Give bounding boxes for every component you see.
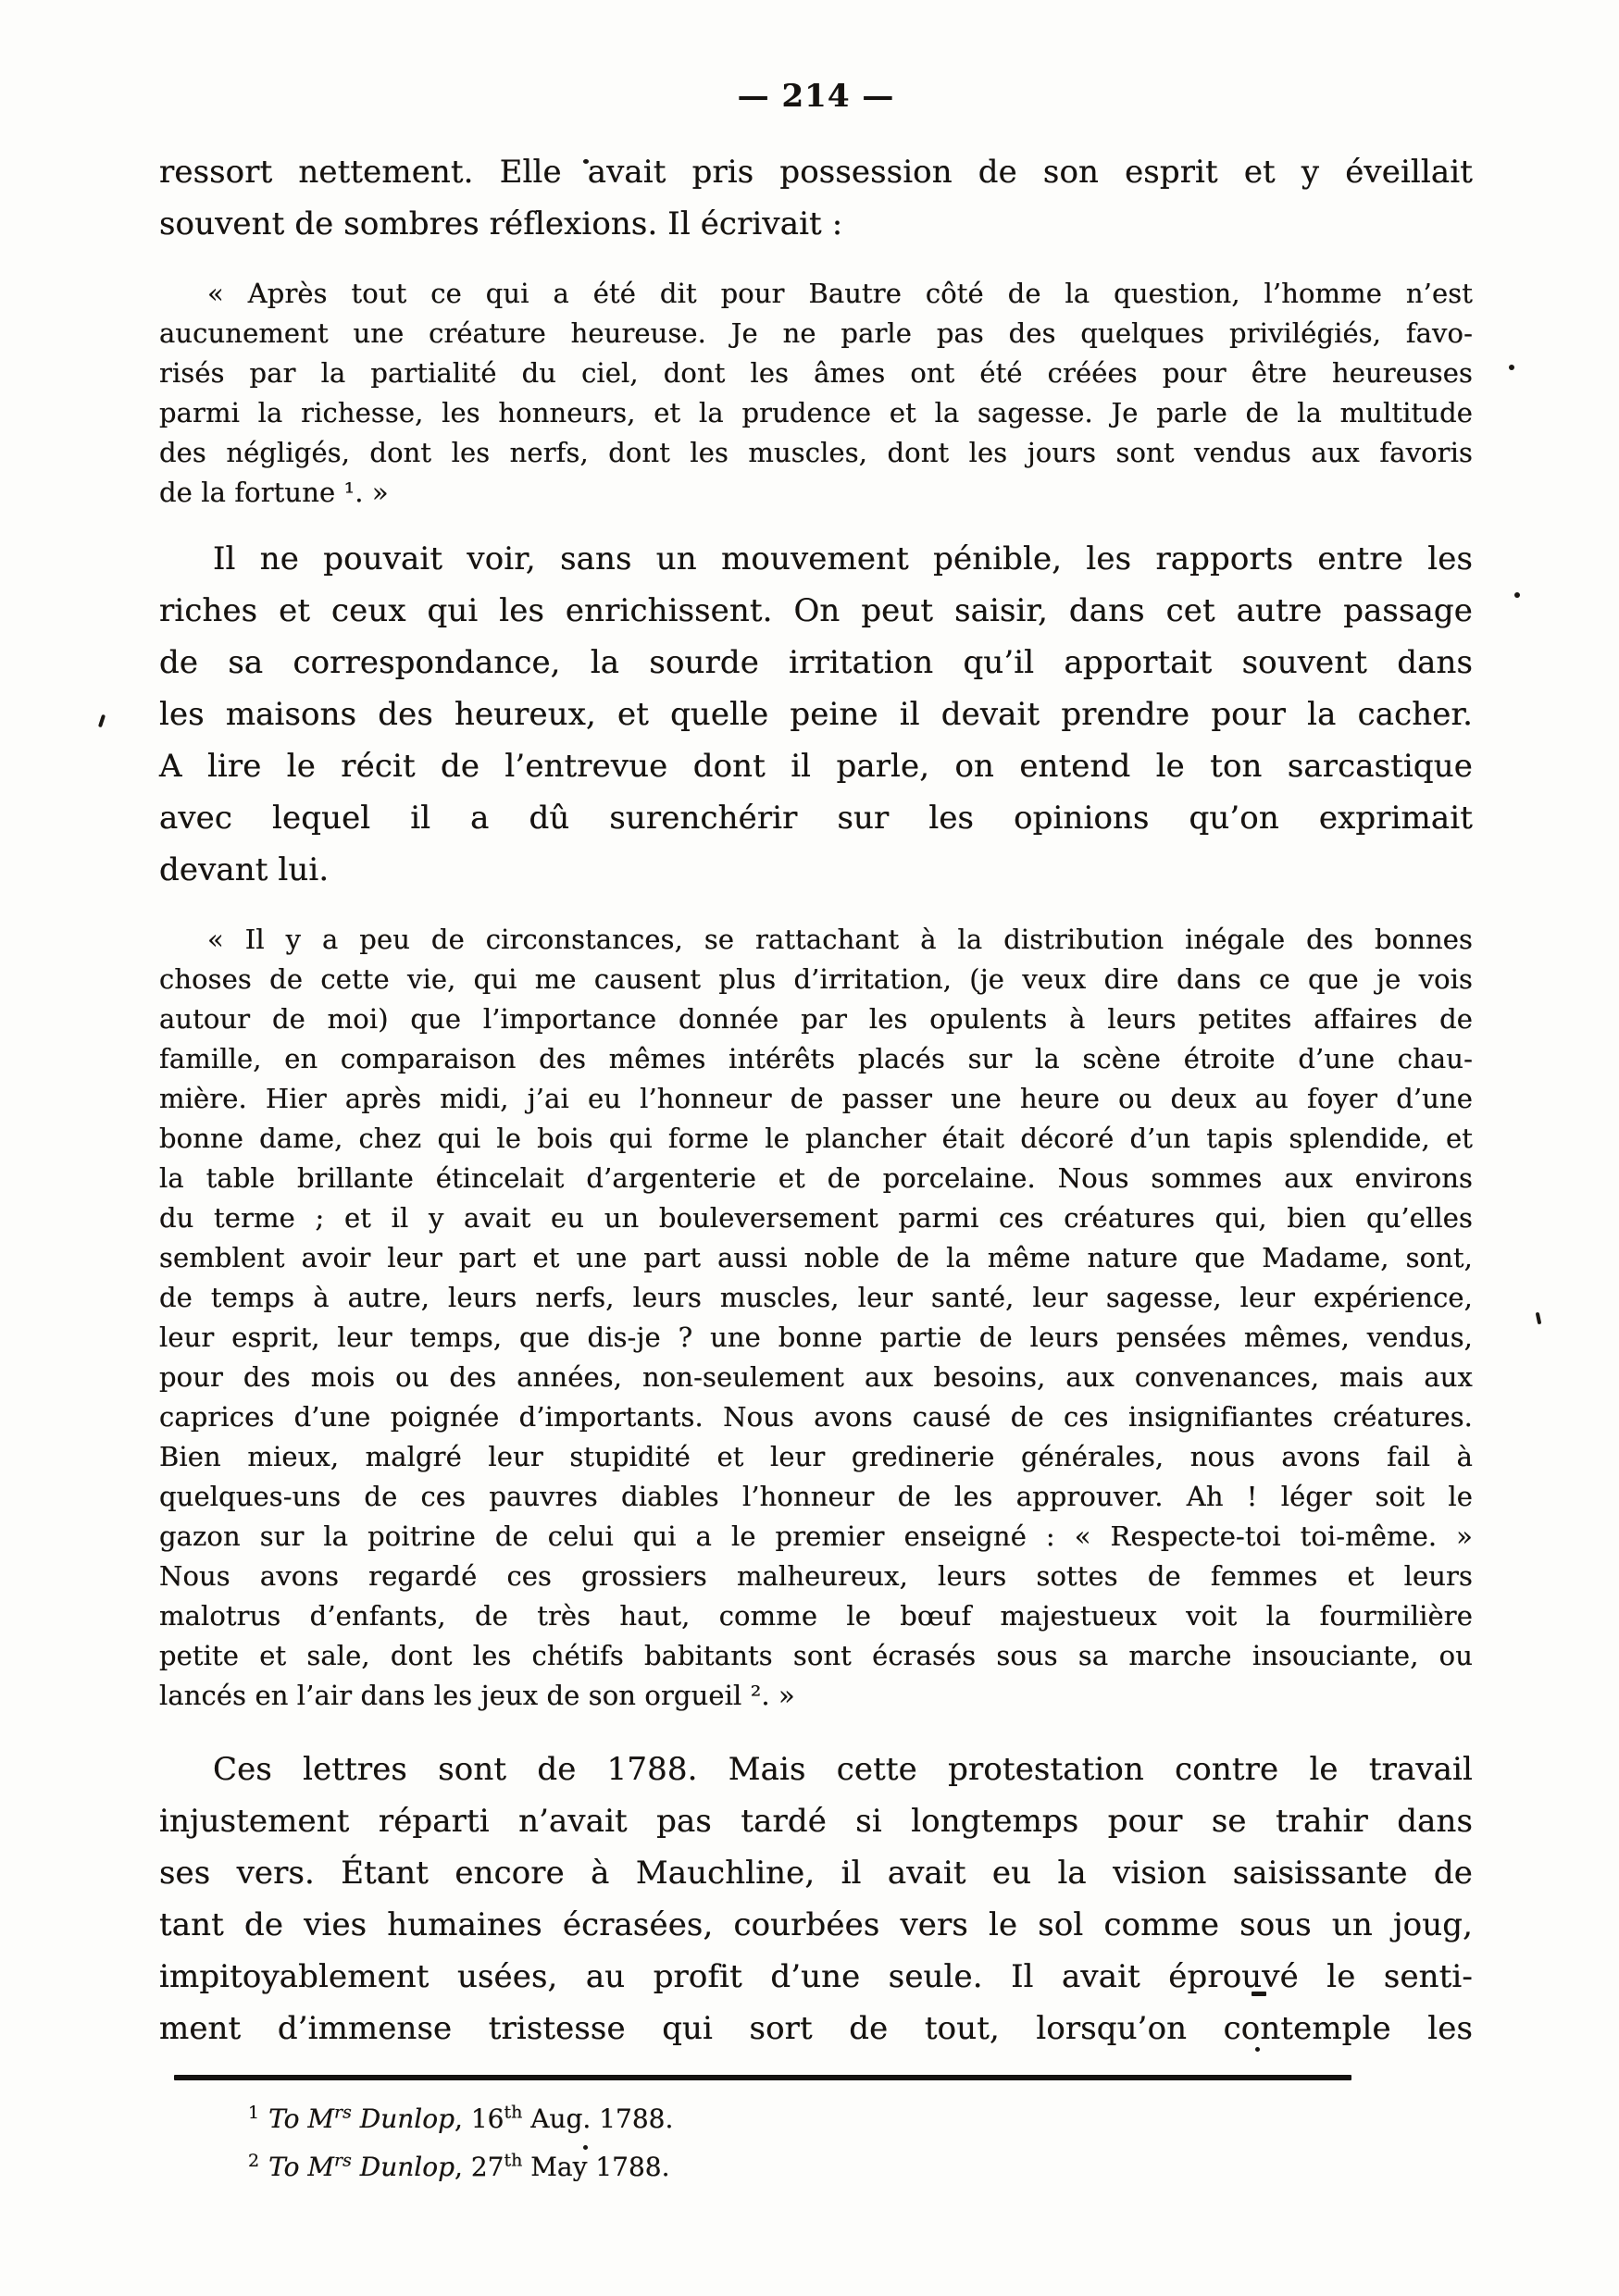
text-line: riches et ceux qui les enrichissent. On … xyxy=(159,585,1473,637)
text-line: caprices d’une poignée d’importants. Nou… xyxy=(159,1397,1473,1437)
text-line: pour des mois ou des années, non-seuleme… xyxy=(159,1358,1473,1397)
text-line: ment d’immense tristesse qui sort de tou… xyxy=(159,2003,1473,2054)
block-quote-first-letter: « Après tout ce qui a été dit pour Bautr… xyxy=(159,274,1473,513)
text-line: tant de vies humaines écrasées, courbées… xyxy=(159,1899,1473,1951)
text-line: leur esprit, leur temps, que dis-je ? un… xyxy=(159,1318,1473,1358)
text-line: parmi la richesse, les honneurs, et la p… xyxy=(159,393,1473,433)
scan-speck xyxy=(583,2145,588,2150)
text-line: ressort nettement. Elle avait pris posse… xyxy=(159,146,1473,198)
scan-speck xyxy=(98,714,106,728)
footnote-source: To M xyxy=(268,2152,334,2182)
text-line: les maisons des heureux, et quelle peine… xyxy=(159,689,1473,740)
text-line: gazon sur la poitrine de celui qui a le … xyxy=(159,1517,1473,1557)
text-line: autour de moi) que l’importance donnée p… xyxy=(159,999,1473,1039)
text-line: impitoyablement usées, au profit d’une s… xyxy=(159,1951,1473,2003)
text-line: petite et sale, dont les chétifs babitan… xyxy=(159,1636,1473,1676)
footnote-2: 2To Mrs Dunlop, 27th May 1788. xyxy=(248,2143,1473,2191)
text-line: semblent avoir leur part et une part aus… xyxy=(159,1238,1473,1278)
text-line: lancés en l’air dans les jeux de son org… xyxy=(159,1676,1473,1716)
text-line: « Après tout ce qui a été dit pour Bautr… xyxy=(159,274,1473,314)
text-line: la table brillante étincelait d’argenter… xyxy=(159,1159,1473,1198)
text-line: mière. Hier après midi, j’ai eu l’honneu… xyxy=(159,1079,1473,1119)
scan-speck xyxy=(583,159,589,164)
text-line: injustement réparti n’avait pas tardé si… xyxy=(159,1795,1473,1847)
text-line: Ces lettres sont de 1788. Mais cette pro… xyxy=(159,1744,1473,1795)
footnote-separator-rule xyxy=(174,2075,1351,2080)
text-line: quelques-uns de ces pauvres diables l’ho… xyxy=(159,1477,1473,1517)
scan-speck xyxy=(1536,1312,1542,1325)
scanned-book-page: — 214 — ressort nettement. Elle avait pr… xyxy=(0,0,1619,2296)
footnotes-section: 1To Mrs Dunlop, 16th Aug. 1788. 2To Mrs … xyxy=(159,2095,1473,2191)
text-line: de temps à autre, leurs nerfs, leurs mus… xyxy=(159,1278,1473,1318)
text-line: Il ne pouvait voir, sans un mouvement pé… xyxy=(159,533,1473,585)
footnote-marker: 2 xyxy=(248,2151,259,2171)
paragraph-conclusion: Ces lettres sont de 1788. Mais cette pro… xyxy=(159,1744,1473,2054)
text-line: souvent de sombres réflexions. Il écriva… xyxy=(159,198,1473,250)
text-line: Bien mieux, malgré leur stupidité et leu… xyxy=(159,1437,1473,1477)
text-line: malotrus d’enfants, de très haut, comme … xyxy=(159,1596,1473,1636)
text-line: de sa correspondance, la sourde irritati… xyxy=(159,637,1473,689)
text-line: avec lequel il a dû surenchérir sur les … xyxy=(159,792,1473,844)
text-line: Nous avons regardé ces grossiers malheur… xyxy=(159,1557,1473,1596)
scan-speck xyxy=(1514,592,1520,598)
footnote-date: , 16 xyxy=(455,2104,504,2134)
paragraph-intro: ressort nettement. Elle avait pris posse… xyxy=(159,146,1473,250)
scan-speck xyxy=(1255,2047,1260,2052)
block-quote-second-letter: « Il y a peu de circonstances, se rattac… xyxy=(159,920,1473,1716)
text-line: ses vers. Étant encore à Mauchline, il a… xyxy=(159,1847,1473,1899)
text-line: aucunement une créature heureuse. Je ne … xyxy=(159,314,1473,354)
page-number: — 214 — xyxy=(159,78,1473,115)
text-line: risés par la partialité du ciel, dont le… xyxy=(159,354,1473,393)
footnote-source: To M xyxy=(268,2104,334,2134)
scan-speck xyxy=(1509,365,1514,370)
text-line: bonne dame, chez qui le bois qui forme l… xyxy=(159,1119,1473,1159)
text-line: A lire le récit de l’entrevue dont il pa… xyxy=(159,740,1473,792)
footnote-date: , 27 xyxy=(455,2152,504,2182)
text-line: de la fortune ¹. » xyxy=(159,473,1473,513)
text-line: famille, en comparaison des mêmes intérê… xyxy=(159,1039,1473,1079)
text-line: « Il y a peu de circonstances, se rattac… xyxy=(159,920,1473,960)
text-line: des négligés, dont les nerfs, dont les m… xyxy=(159,433,1473,473)
scan-speck xyxy=(1252,1992,1266,1996)
text-line: du terme ; et il y avait eu un boulevers… xyxy=(159,1198,1473,1238)
footnote-marker: 1 xyxy=(248,2103,259,2123)
paragraph-commentary: Il ne pouvait voir, sans un mouvement pé… xyxy=(159,533,1473,896)
text-line: devant lui. xyxy=(159,844,1473,896)
text-line: choses de cette vie, qui me causent plus… xyxy=(159,960,1473,999)
footnote-1: 1To Mrs Dunlop, 16th Aug. 1788. xyxy=(248,2095,1473,2143)
